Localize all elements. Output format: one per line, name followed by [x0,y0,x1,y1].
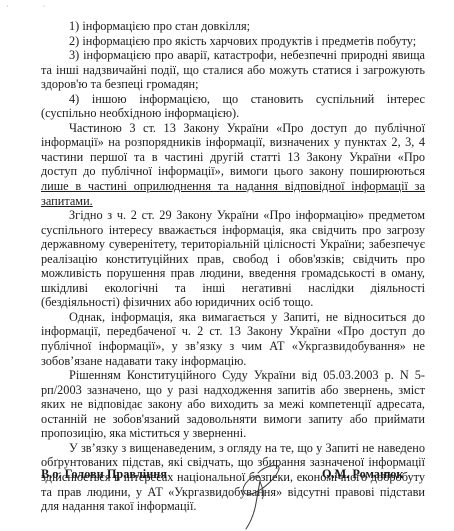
list-item-public-interest: 4) іншою інформацією, що становить суспі… [41,92,425,121]
signatory-position: В.о. Голови Правління [41,467,167,482]
paragraph-article-13-text: Частиною 3 ст. 13 Закону України «Про до… [41,121,425,179]
document-body: 1) інформацією про стан довкілля; 2) інф… [41,19,425,514]
signatory-name: О.М. Романюк [322,467,404,482]
paragraph-article-29: Згідно з ч. 2 ст. 29 Закону України «Про… [41,208,425,310]
signature-block: В.о. Голови Правління О.М. Романюк [41,467,421,487]
paragraph-however: Однак, інформація, яка вимагається у Зап… [41,310,425,368]
paragraph-court-decision: Рішенням Конституційного Суду України ві… [41,368,425,441]
list-item-accidents: 3) інформацією про аварії, катастрофи, н… [41,48,425,92]
list-item-environment: 1) інформацією про стан довкілля; [41,19,425,34]
signature-icon [236,463,286,531]
scan-specks: · · [6,2,61,11]
list-item-food-quality: 2) інформацією про якість харчових проду… [41,34,425,49]
underlined-clause: лише в частині оприлюднення та надання в… [41,179,425,208]
paragraph-article-13: Частиною 3 ст. 13 Закону України «Про до… [41,121,425,208]
